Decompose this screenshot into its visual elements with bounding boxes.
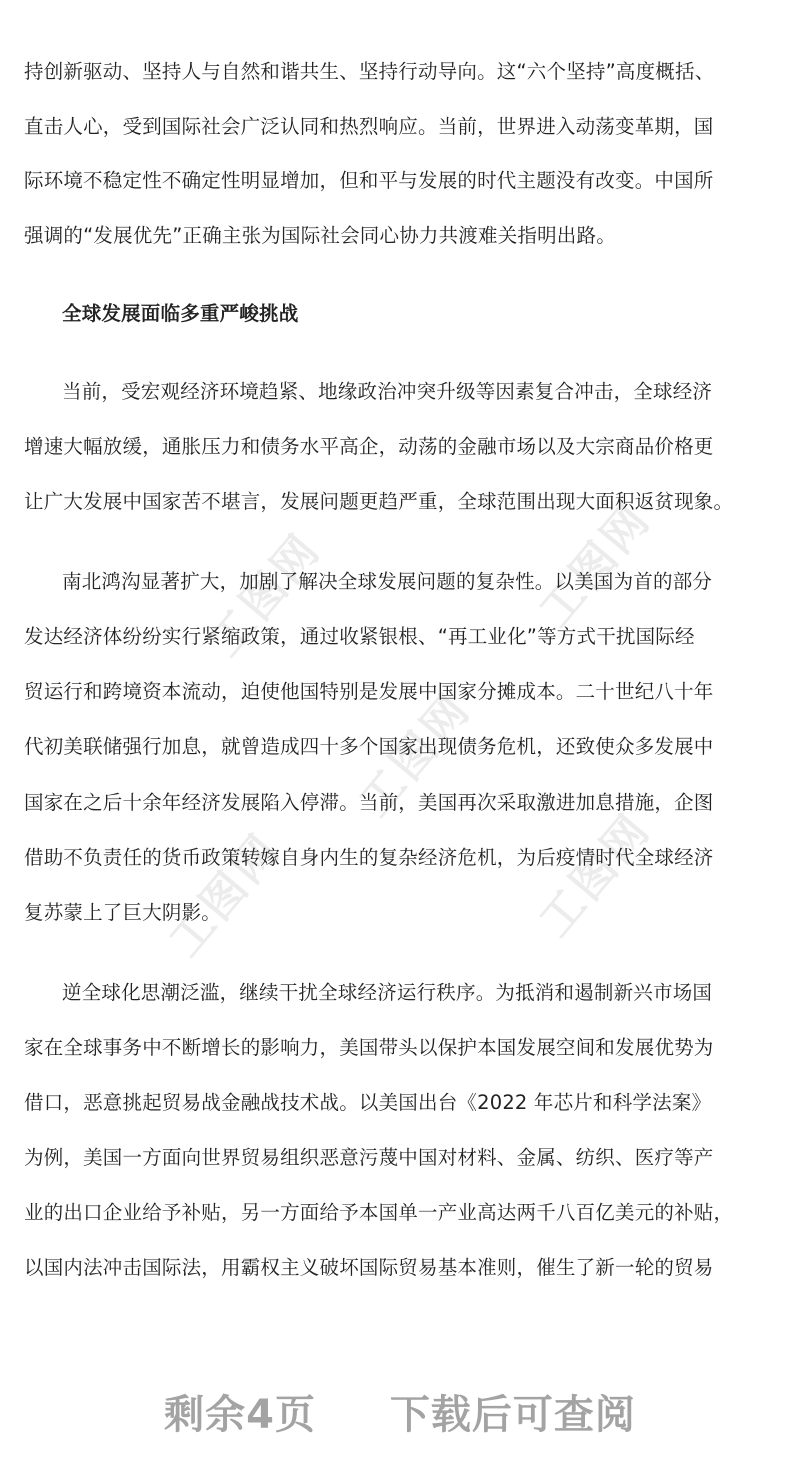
paragraph-line: 复苏蒙上了巨大阴影。 [24, 899, 776, 927]
download-prompt-label[interactable]: 下载后可查阅 [390, 1383, 636, 1440]
section-heading: 全球发展面临多重严峻挑战 [62, 300, 776, 328]
paragraph-line: 为例，美国一方面向世界贸易组织恶意污蔑中国对材料、金属、纺织、医疗等产 [24, 1144, 776, 1172]
remaining-pages-label: 剩余4页 [164, 1383, 316, 1440]
paragraph-line: 增速大幅放缓，通胀压力和债务水平高企，动荡的金融市场以及大宗商品价格更 [24, 433, 776, 461]
paragraph-line: 南北鸿沟显著扩大，加剧了解决全球发展问题的复杂性。以美国为首的部分 [62, 568, 776, 596]
paragraph-line: 强调的“发展优先”正确主张为国际社会同心协力共渡难关指明出路。 [24, 222, 776, 250]
paragraph-line: 让广大发展中国家苦不堪言，发展问题更趋严重，全球范围出现大面积返贫现象。 [24, 488, 776, 516]
paragraph-line: 直击人心，受到国际社会广泛认同和热烈响应。当前，世界进入动荡变革期，国 [24, 113, 776, 141]
paragraph-line: 以国内法冲击国际法，用霸权主义破坏国际贸易基本准则，催生了新一轮的贸易 [24, 1254, 776, 1282]
paragraph-line: 借口，恶意挑起贸易战金融战技术战。以美国出台《2022 年芯片和科学法案》 [24, 1089, 776, 1117]
download-banner[interactable]: 剩余4页 下载后可查阅 [0, 1383, 800, 1440]
paragraph-line: 国家在之后十余年经济发展陷入停滞。当前，美国再次采取激进加息措施，企图 [24, 789, 776, 817]
paragraph-line: 业的出口企业给予补贴，另一方面给予本国单一产业高达两千八百亿美元的补贴， [24, 1199, 776, 1227]
paragraph-line: 借助不负责任的货币政策转嫁自身内生的复杂经济危机，为后疫情时代全球经济 [24, 844, 776, 872]
document-page: 工图网 工图网 工图网 工图网 工图网 持创新驱动、坚持人与自然和谐共生、坚持行… [0, 0, 800, 1482]
paragraph-line: 持创新驱动、坚持人与自然和谐共生、坚持行动导向。这“六个坚持”高度概括、 [24, 58, 776, 86]
paragraph-line: 发达经济体纷纷实行紧缩政策，通过收紧银根、“再工业化”等方式干扰国际经 [24, 623, 776, 651]
paragraph-line: 家在全球事务中不断增长的影响力，美国带头以保护本国发展空间和发展优势为 [24, 1034, 776, 1062]
paragraph-line: 当前，受宏观经济环境趋紧、地缘政治冲突升级等因素复合冲击，全球经济 [62, 378, 776, 406]
paragraph-line: 逆全球化思潮泛滥，继续干扰全球经济运行秩序。为抵消和遏制新兴市场国 [62, 979, 776, 1007]
paragraph-line: 际环境不稳定性不确定性明显增加，但和平与发展的时代主题没有改变。中国所 [24, 167, 776, 195]
paragraph-line: 贸运行和跨境资本流动，迫使他国特别是发展中国家分摊成本。二十世纪八十年 [24, 678, 776, 706]
paragraph-line: 代初美联储强行加息，就曾造成四十多个国家出现债务危机，还致使众多发展中 [24, 733, 776, 761]
watermark: 工图网 [151, 816, 293, 967]
